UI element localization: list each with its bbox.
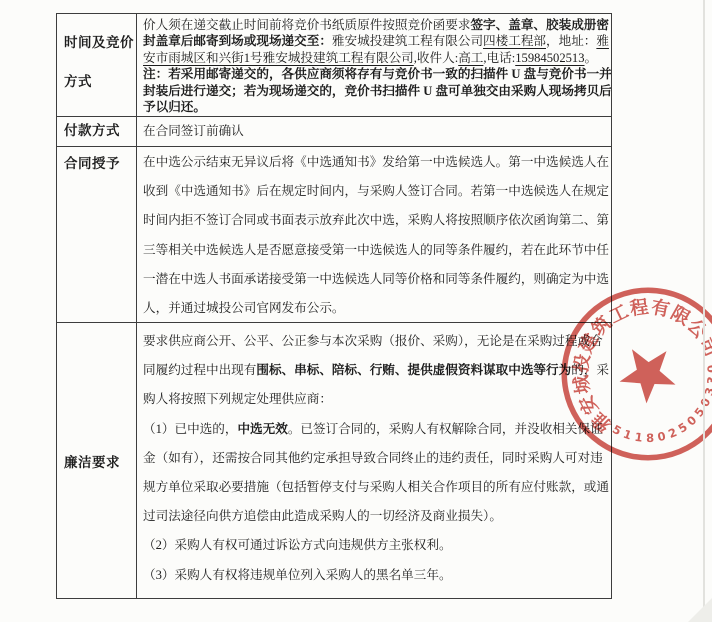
text-line: 封盖章后邮寄到场或现场递交至：雅安城投建筑工程有限公司四楼工程部，地址：雅 bbox=[143, 33, 605, 49]
text-line: 收到《中选通知书》后在规定时间内，与采购人签订合同。若第一中选候选人在规定 bbox=[143, 177, 605, 206]
row-label: 合同授予 bbox=[57, 147, 137, 322]
underlined-text: 安市雨城区和兴街1号雅安城投建筑工程有限公司 bbox=[143, 51, 414, 65]
label-line: 时间及竞价 bbox=[64, 23, 136, 62]
underlined-text: 四楼工程部 bbox=[483, 34, 546, 48]
text-line: 规方单位采取必要措施（包括暂停支付与采购人相关合作项目的所有应付账款，或通 bbox=[143, 473, 605, 502]
text-line: （1）已中选的，中选无效。已签订合同的，采购人有权解除合同，并没收相关保证 bbox=[143, 415, 605, 444]
text-segment: 收到《中选通知书》后在规定时间内，与采购人签订合同。若第一中选候选人在规定 bbox=[143, 184, 609, 198]
text-segment: 在合同签订前确认 bbox=[143, 124, 244, 138]
text-segment: 一潜在中选人书面承诺接受第一中选候选人同等价格和同等条件履约，则确定为中选 bbox=[143, 272, 609, 286]
text-line: 一潜在中选人书面承诺接受第一中选候选人同等价格和同等条件履约，则确定为中选 bbox=[143, 265, 605, 294]
svg-text:5118025050330: 5118025050330 bbox=[606, 358, 712, 466]
label-line: 付款方式 bbox=[64, 117, 136, 145]
text-line: 注：若采用邮寄递交的，各供应商须将存有与竞价书一致的扫描件 U 盘与竞价书一并 bbox=[143, 66, 605, 82]
text-segment: （2）采购人有权可通过诉讼方式向违规供方主张权利。 bbox=[143, 538, 452, 552]
text-segment: 封装后进行递交；若为现场递交的，竞价书扫描件 U 盘可单独交由采购人现场拷贝后 bbox=[143, 84, 611, 98]
row-content: 价人须在递交截止时间前将竞价书纸质原件按照竞价函要求签字、盖章、胶装成册密封盖章… bbox=[137, 14, 611, 116]
underlined-text: 雅 bbox=[596, 34, 609, 48]
row-content: 在合同签订前确认 bbox=[137, 117, 611, 146]
text-segment: 人，并通过城投公司官网发布公示。 bbox=[143, 301, 345, 315]
text-line: 购人将按照下列规定处理供应商： bbox=[143, 385, 605, 414]
text-segment: 价人须在递交截止时间前将竞价书纸质原件按照竞价函要求 bbox=[143, 18, 470, 32]
text-segment: 签字、盖章、胶装成册密 bbox=[470, 18, 609, 32]
text-line: 在中选公示结束无异议后将《中选通知书》发给第一中选候选人。第一中选候选人在 bbox=[143, 148, 605, 177]
row-content: 要求供应商公开、公平、公正参与本次采购（报价、采购），无论是在采购过程或合同履约… bbox=[137, 323, 611, 598]
doc-table: 时间及竞价方式价人须在递交截止时间前将竞价书纸质原件按照竞价函要求签字、盖章、胶… bbox=[56, 13, 612, 599]
underlined-text: 高工 bbox=[458, 51, 483, 65]
table-row-contract-award: 合同授予在中选公示结束无异议后将《中选通知书》发给第一中选候选人。第一中选候选人… bbox=[57, 146, 611, 322]
text-segment: ,收件人: bbox=[414, 51, 458, 65]
text-segment: 围标、串标、陪标、行贿、提供虚假资料谋取中选等行为 bbox=[256, 363, 571, 377]
table-row-integrity: 廉洁要求要求供应商公开、公平、公正参与本次采购（报价、采购），无论是在采购过程或… bbox=[57, 322, 611, 598]
text-segment: 金（如有），还需按合同其他约定承担导致合同终止的违约责任，同时采购人可对违 bbox=[143, 451, 603, 465]
row-label: 时间及竞价方式 bbox=[57, 14, 137, 116]
text-segment: ,电话: bbox=[483, 51, 515, 65]
text-segment: 同履约过程中出现有 bbox=[143, 363, 256, 377]
text-line: 时间内拒不签订合同或书面表示放弃此次中选，采购人将按照顺序依次函询第二、第 bbox=[143, 206, 605, 235]
scan-corner-curl bbox=[688, 598, 712, 622]
scan-page-edge bbox=[703, 0, 705, 622]
row-label: 廉洁要求 bbox=[57, 323, 137, 598]
row-content: 在中选公示结束无异议后将《中选通知书》发给第一中选候选人。第一中选候选人在收到《… bbox=[137, 147, 611, 322]
text-segment: ，地址： bbox=[546, 34, 596, 48]
text-line: 要求供应商公开、公平、公正参与本次采购（报价、采购），无论是在采购过程或合 bbox=[143, 327, 605, 356]
text-line: （2）采购人有权可通过诉讼方式向违规供方主张权利。 bbox=[143, 531, 605, 560]
text-segment: 规方单位采取必要措施（包括暂停支付与采购人相关合作项目的所有应付账款，或通 bbox=[143, 480, 609, 494]
label-line: 合同授予 bbox=[64, 149, 136, 178]
row-label: 付款方式 bbox=[57, 117, 137, 146]
label-line: 方式 bbox=[64, 62, 136, 101]
text-segment: 。已签订合同的，采购人有权解除合同，并没收相关保证 bbox=[288, 422, 603, 436]
table-row-payment: 付款方式在合同签订前确认 bbox=[57, 116, 611, 146]
text-segment: 中选无效 bbox=[237, 422, 287, 436]
text-segment: 注：若采用邮寄递交的，各供应商须将存有与竞价书一致的扫描件 U 盘与竞价书一并 bbox=[143, 67, 611, 81]
seal-star-icon bbox=[609, 334, 685, 409]
text-segment: 三等相关中选候选人是否愿意接受第一中选候选人的同等条件履约，若在此环节中任 bbox=[143, 243, 609, 257]
table-row-time-bidding: 时间及竞价方式价人须在递交截止时间前将竞价书纸质原件按照竞价函要求签字、盖章、胶… bbox=[57, 14, 611, 116]
text-line: （3）采购人有权将违规单位列入采购人的黑名单三年。 bbox=[143, 561, 605, 590]
text-line: 金（如有），还需按合同其他约定承担导致合同终止的违约责任，同时采购人可对违 bbox=[143, 444, 605, 473]
text-segment: 。 bbox=[585, 51, 598, 65]
text-segment: （1）已中选的， bbox=[143, 422, 237, 436]
text-segment: 时间内拒不签订合同或书面表示放弃此次中选，采购人将按照顺序依次函询第二、第 bbox=[143, 213, 609, 227]
underlined-text: 15984502513 bbox=[515, 51, 584, 65]
text-line: 三等相关中选候选人是否愿意接受第一中选候选人的同等条件履约，若在此环节中任 bbox=[143, 236, 605, 265]
text-segment: 过司法途径向供方追偿由此造成采购人的一切经济及商业损失）。 bbox=[143, 509, 502, 523]
text-line: 封装后进行递交；若为现场递交的，竞价书扫描件 U 盘可单独交由采购人现场拷贝后 bbox=[143, 83, 605, 99]
text-segment: 封盖章后邮寄到场或现场递交至： bbox=[143, 34, 332, 48]
text-line: 予以归还。 bbox=[143, 99, 605, 115]
text-line: 价人须在递交截止时间前将竞价书纸质原件按照竞价函要求签字、盖章、胶装成册密 bbox=[143, 17, 605, 33]
text-segment: 在中选公示结束无异议后将《中选通知书》发给第一中选候选人。第一中选候选人在 bbox=[143, 155, 609, 169]
seal-number-text: 5118025050330 bbox=[606, 358, 712, 466]
text-line: 安市雨城区和兴街1号雅安城投建筑工程有限公司,收件人:高工,电话:1598450… bbox=[143, 50, 605, 66]
text-line: 人，并通过城投公司官网发布公示。 bbox=[143, 294, 605, 322]
text-segment: 予以归还。 bbox=[143, 100, 206, 114]
text-segment: （3）采购人有权将违规单位列入采购人的黑名单三年。 bbox=[143, 568, 452, 582]
text-segment: 的，采 bbox=[571, 363, 609, 377]
label-line: 廉洁要求 bbox=[64, 451, 120, 471]
text-segment: 雅安城投建筑工程有限公司 bbox=[332, 34, 483, 48]
text-line: 在合同签订前确认 bbox=[143, 117, 605, 145]
text-line: 过司法途径向供方追偿由此造成采购人的一切经济及商业损失）。 bbox=[143, 502, 605, 531]
text-segment: 要求供应商公开、公平、公正参与本次采购（报价、采购），无论是在采购过程或合 bbox=[143, 334, 603, 348]
text-segment: 购人将按照下列规定处理供应商： bbox=[143, 392, 332, 406]
text-line: 同履约过程中出现有围标、串标、陪标、行贿、提供虚假资料谋取中选等行为的，采 bbox=[143, 356, 605, 385]
